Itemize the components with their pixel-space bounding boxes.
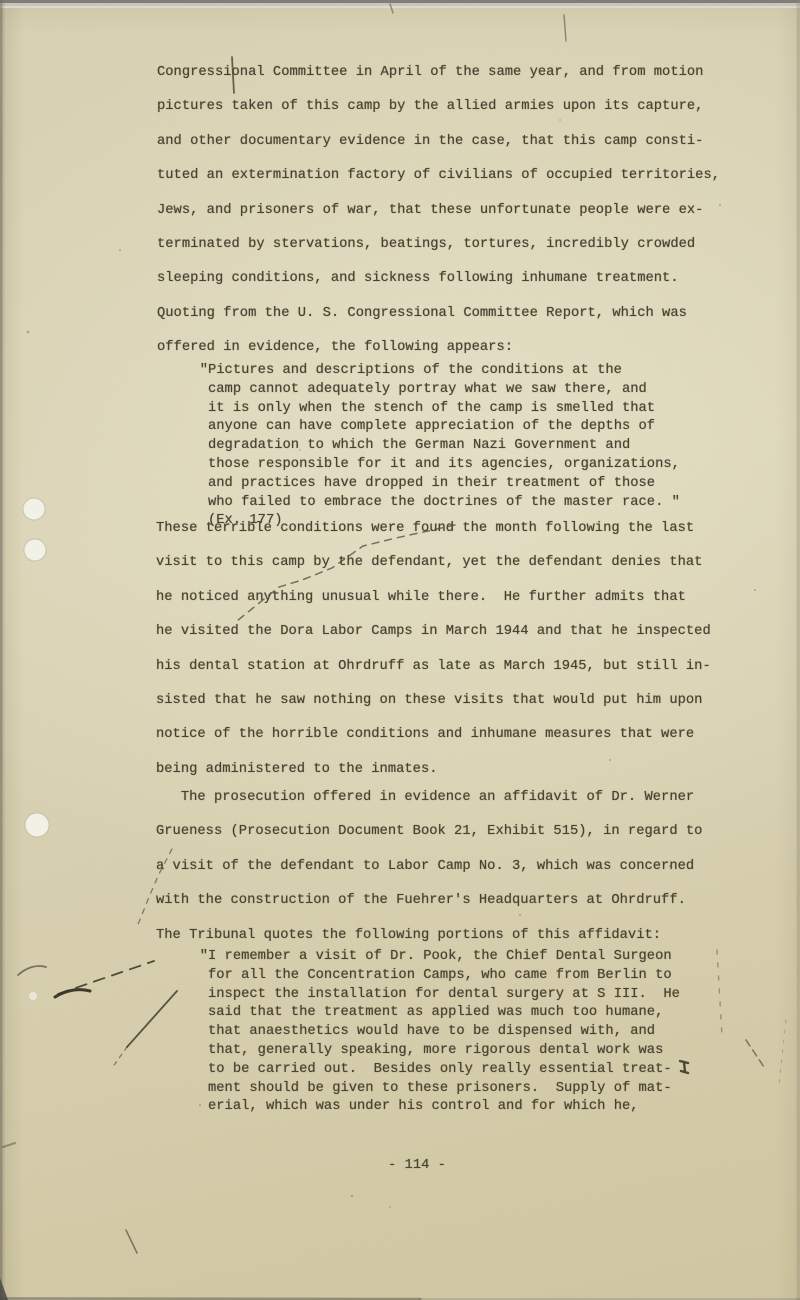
text-line: his dental station at Ohrdruff as late a… [156, 650, 711, 684]
text-line: a visit of the defendant to Labor Camp N… [156, 850, 702, 884]
text-line: The prosecution offered in evidence an a… [156, 781, 702, 815]
text-line: those responsible for it and its agencie… [208, 456, 680, 475]
text-line: and other documentary evidence in the ca… [157, 125, 720, 159]
text-line: terminated by stervations, beatings, tor… [157, 228, 720, 262]
text-line: to be carried out. Besides only really e… [208, 1061, 680, 1080]
text-line: degradation to which the German Nazi Gov… [208, 437, 680, 456]
page-number: - 114 - [388, 1158, 446, 1173]
text-line: pictures taken of this camp by the allie… [157, 90, 720, 124]
text-line: said that the treatment as applied was m… [208, 1004, 680, 1023]
paragraph-block: These terrible conditions were found the… [156, 512, 711, 787]
paragraph-block: The prosecution offered in evidence an a… [156, 781, 702, 953]
text-line: erial, which was under his control and f… [208, 1098, 680, 1117]
text-line: sleeping conditions, and sickness follow… [157, 262, 720, 296]
document-page: Congressional Committee in April of the … [0, 0, 800, 1300]
text-line: for all the Concentration Camps, who cam… [208, 967, 680, 986]
text-line: Grueness (Prosecution Document Book 21, … [156, 815, 702, 849]
text-line: tuted an extermination factory of civili… [157, 159, 720, 193]
text-line: Congressional Committee in April of the … [157, 56, 720, 90]
document-text: Congressional Committee in April of the … [0, 0, 800, 1300]
text-line: Jews, and prisoners of war, that these u… [157, 194, 720, 228]
text-line: visit to this camp by the defendant, yet… [156, 546, 711, 580]
text-line: he noticed anything unusual while there.… [156, 581, 711, 615]
paragraph-block: Congressional Committee in April of the … [157, 56, 720, 366]
blockquote-block: "Pictures and descriptions of the condit… [208, 362, 680, 531]
text-line: inspect the installation for dental surg… [208, 986, 680, 1005]
text-line: anyone can have complete appreciation of… [208, 418, 680, 437]
text-line: "Pictures and descriptions of the condit… [200, 362, 680, 381]
text-line: that, generally speaking, more rigorous … [208, 1042, 680, 1061]
text-line: who failed to embrace the doctrines of t… [208, 494, 680, 513]
text-line: notice of the horrible conditions and in… [156, 718, 711, 752]
text-line: and practices have dropped in their trea… [208, 475, 680, 494]
text-line: "I remember a visit of Dr. Pook, the Chi… [200, 948, 680, 967]
text-line: Quoting from the U. S. Congressional Com… [157, 297, 720, 331]
blockquote-block: "I remember a visit of Dr. Pook, the Chi… [208, 948, 680, 1117]
text-line: sisted that he saw nothing on these visi… [156, 684, 711, 718]
text-line: ment should be given to these prisoners.… [208, 1080, 680, 1099]
text-line: he visited the Dora Labor Camps in March… [156, 615, 711, 649]
text-line: with the construction of the Fuehrer's H… [156, 884, 702, 918]
text-line: camp cannot adequately portray what we s… [208, 381, 680, 400]
text-line: it is only when the stench of the camp i… [208, 400, 680, 419]
text-line: that anaesthetics would have to be dispe… [208, 1023, 680, 1042]
text-line: These terrible conditions were found the… [156, 512, 711, 546]
text-line: offered in evidence, the following appea… [157, 331, 720, 365]
